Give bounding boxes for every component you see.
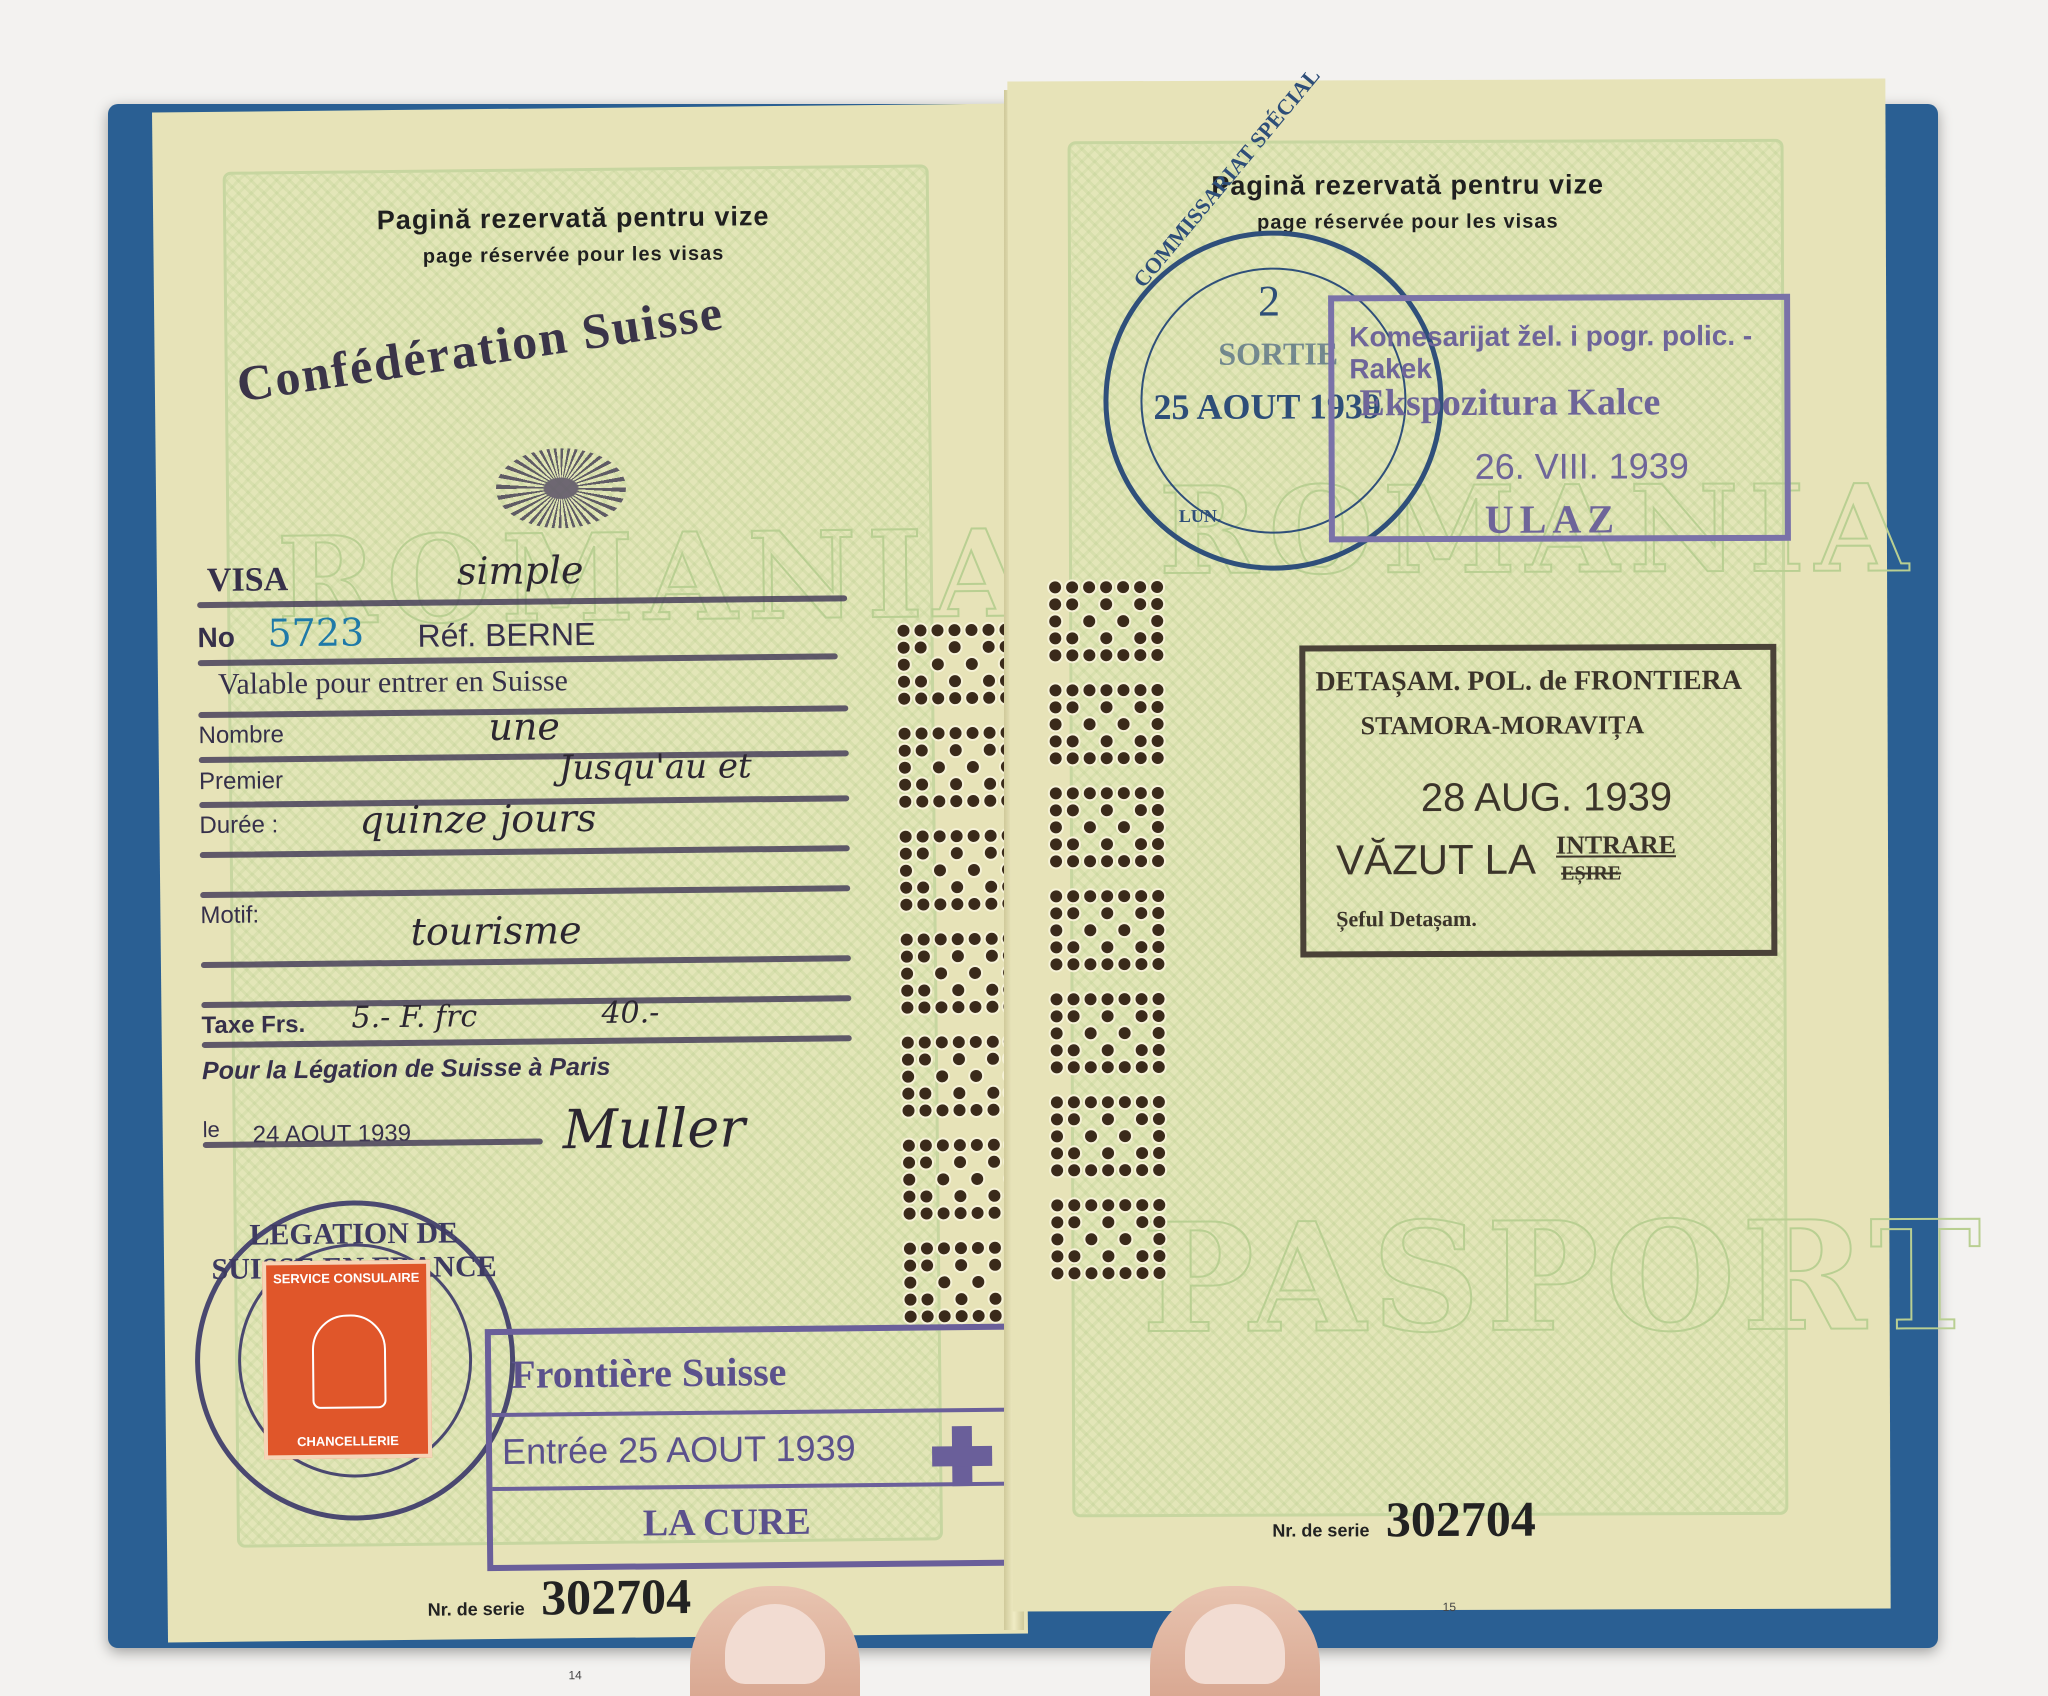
perforation-hole bbox=[1119, 1130, 1131, 1142]
perforation-hole bbox=[917, 830, 929, 842]
perforation-hole bbox=[954, 1156, 966, 1168]
perforation-hole bbox=[915, 692, 927, 704]
perforation-hole bbox=[1051, 1216, 1063, 1228]
perforation-hole bbox=[898, 676, 910, 688]
serial-value: 302704 bbox=[541, 1568, 692, 1626]
perforation-hole bbox=[1102, 1147, 1114, 1159]
perforation-hole bbox=[921, 1242, 933, 1254]
perforation-hole bbox=[965, 624, 977, 636]
perforation-hole bbox=[935, 967, 947, 979]
perforation-hole bbox=[937, 1139, 949, 1151]
perforation-hole bbox=[1102, 1010, 1114, 1022]
perforation-hole bbox=[988, 1190, 1000, 1202]
perforation-hole bbox=[916, 744, 928, 756]
perforation-hole bbox=[1101, 838, 1113, 850]
perforation-hole bbox=[1067, 907, 1079, 919]
perforation-hole bbox=[1102, 1044, 1114, 1056]
perforation-hole bbox=[1152, 941, 1164, 953]
perforation-hole bbox=[955, 1259, 967, 1271]
perforation-hole bbox=[984, 744, 996, 756]
visa-type: simple bbox=[457, 548, 584, 593]
perforation-hole bbox=[983, 727, 995, 739]
perforation-hole bbox=[1102, 1096, 1114, 1108]
perforation-hole bbox=[1102, 1216, 1114, 1228]
perforation-hole bbox=[1083, 649, 1095, 661]
perforation-hole bbox=[1136, 1164, 1148, 1176]
perforation-hole bbox=[951, 830, 963, 842]
perforation-hole bbox=[1067, 735, 1079, 747]
perforation-hole bbox=[1051, 1061, 1063, 1073]
date-prefix: le bbox=[203, 1117, 220, 1143]
perforation-hole bbox=[982, 624, 994, 636]
perforation-hole bbox=[989, 1242, 1001, 1254]
perforation-hole bbox=[916, 795, 928, 807]
perforation-hole bbox=[1151, 598, 1163, 610]
perforation-hole bbox=[1084, 787, 1096, 799]
perforation-hole bbox=[938, 1207, 950, 1219]
perforation-hole bbox=[1119, 993, 1131, 1005]
perforation-hole bbox=[1134, 684, 1146, 696]
visa-label: VISA bbox=[207, 561, 289, 600]
field-label-premier: Premier bbox=[199, 767, 283, 796]
perforation-hole bbox=[1067, 941, 1079, 953]
right-visa-page: ROMANIA PASPORT Pagină rezervată pentru … bbox=[1007, 78, 1890, 1611]
stamora-moravita-stamp: DETAȘAM. POL. de FRONTIERA STAMORA-MORAV… bbox=[1299, 644, 1777, 958]
perforation-hole bbox=[1051, 1130, 1063, 1142]
perforation-hole bbox=[1085, 1267, 1097, 1279]
perforation-hole bbox=[899, 796, 911, 808]
header-romanian: Pagină rezervată pentru vize bbox=[213, 199, 933, 238]
valid-line: Valable pour entrer en Suisse bbox=[218, 664, 568, 702]
stamora-line2: STAMORA-MORAVIȚA bbox=[1361, 710, 1645, 741]
tax-amount: 40.- bbox=[601, 995, 659, 1031]
perforation-hole bbox=[1135, 804, 1147, 816]
perforation-hole bbox=[1051, 1250, 1063, 1262]
perforation-hole bbox=[917, 898, 929, 910]
perforation-hole bbox=[1049, 684, 1061, 696]
page-header: Pagină rezervată pentru vize page réserv… bbox=[1048, 169, 1768, 236]
perforation-hole bbox=[983, 641, 995, 653]
serial-label: Nr. de serie bbox=[428, 1599, 525, 1620]
perforation-hole bbox=[949, 675, 961, 687]
perforation-hole bbox=[1100, 684, 1112, 696]
perforation-hole bbox=[936, 1070, 948, 1082]
perforation-hole bbox=[1151, 615, 1163, 627]
perforation-hole bbox=[1101, 735, 1113, 747]
perforation-hole bbox=[1118, 890, 1130, 902]
ref-berne: Réf. BERNE bbox=[417, 616, 595, 655]
perforation-hole bbox=[1068, 1061, 1080, 1073]
perforation-hole bbox=[973, 1310, 985, 1322]
perforation-hole bbox=[1049, 598, 1061, 610]
perforation-hole bbox=[985, 847, 997, 859]
perforation-hole bbox=[916, 778, 928, 790]
perforation-hole bbox=[1117, 684, 1129, 696]
perforation-hole bbox=[1135, 752, 1147, 764]
perforation-hole bbox=[904, 1208, 916, 1220]
perforation-hole bbox=[934, 864, 946, 876]
swiss-emblem-icon bbox=[312, 1314, 387, 1409]
serial-label: Nr. de serie bbox=[1272, 1520, 1369, 1540]
thumbnail bbox=[1185, 1604, 1285, 1684]
perforation-hole bbox=[1067, 958, 1079, 970]
perforation-hole bbox=[986, 933, 998, 945]
perforation-hole bbox=[1102, 1267, 1114, 1279]
perforation-hole bbox=[1119, 1027, 1131, 1039]
header-french: page réservée pour les visas bbox=[1048, 210, 1768, 236]
tax-value: 5.- F. frc bbox=[351, 999, 477, 1035]
perforation-hole bbox=[1085, 1096, 1097, 1108]
perforation-hole bbox=[1152, 958, 1164, 970]
perforation-hole bbox=[1051, 1044, 1063, 1056]
perforation-hole bbox=[972, 1207, 984, 1219]
thumbnail bbox=[725, 1604, 825, 1684]
perforation-hole bbox=[1153, 1267, 1165, 1279]
perforation-hole bbox=[935, 1001, 947, 1013]
page-number-left: 14 bbox=[568, 1668, 582, 1682]
perforation-hole bbox=[1066, 632, 1078, 644]
commissariat-status: SORTIE bbox=[1218, 335, 1338, 372]
perforation-hole bbox=[904, 1277, 916, 1289]
perforation-hole bbox=[1049, 581, 1061, 593]
field-label-nombre: Nombre bbox=[198, 721, 284, 750]
perforation-hole bbox=[1068, 1164, 1080, 1176]
perforation-hole bbox=[903, 1191, 915, 1203]
perforation-hole bbox=[1151, 701, 1163, 713]
perforation-hole bbox=[1101, 941, 1113, 953]
perforation-hole bbox=[1083, 615, 1095, 627]
kalce-status: ULAZ bbox=[1485, 495, 1620, 542]
perforation-hole bbox=[900, 882, 912, 894]
perforation-hole bbox=[1136, 993, 1148, 1005]
perforation-hole bbox=[1100, 598, 1112, 610]
perforation-hole bbox=[900, 831, 912, 843]
perforation-hole bbox=[915, 675, 927, 687]
perforation-hole bbox=[900, 899, 912, 911]
perforation-hole bbox=[1100, 649, 1112, 661]
perforation-hole bbox=[1136, 1199, 1148, 1211]
perforation-hole bbox=[1134, 598, 1146, 610]
stamora-chief: Șeful Detașam. bbox=[1336, 906, 1477, 932]
perforation-hole bbox=[970, 1070, 982, 1082]
perforation-hole bbox=[1152, 821, 1164, 833]
perforation-hole bbox=[935, 933, 947, 945]
perforation-hole bbox=[920, 1156, 932, 1168]
perforation-hole bbox=[950, 795, 962, 807]
perforation-hole bbox=[1085, 1199, 1097, 1211]
perforation-hole bbox=[1119, 1164, 1131, 1176]
perforation-hole bbox=[1135, 735, 1147, 747]
perforation-hole bbox=[954, 1139, 966, 1151]
perforation-hole bbox=[1118, 752, 1130, 764]
perforation-hole bbox=[1152, 735, 1164, 747]
field-value-motif: tourisme bbox=[410, 908, 581, 954]
perforation-hole bbox=[933, 795, 945, 807]
perforation-hole bbox=[985, 881, 997, 893]
perforation-hole bbox=[987, 1104, 999, 1116]
perforation-hole bbox=[1067, 752, 1079, 764]
field-value-premier: Jusqu'au et bbox=[559, 746, 752, 788]
perforation-hole bbox=[1085, 993, 1097, 1005]
perforation-hole bbox=[1119, 1233, 1131, 1245]
stamora-line1: DETAȘAM. POL. de FRONTIERA bbox=[1315, 665, 1742, 698]
perforation-hole bbox=[1151, 649, 1163, 661]
perforation-hole bbox=[1049, 649, 1061, 661]
perforation-hole bbox=[1068, 1113, 1080, 1125]
perforation-hole bbox=[905, 1311, 917, 1323]
perforation-hole bbox=[1066, 701, 1078, 713]
commissariat-bottom-text: LUN. bbox=[1179, 506, 1222, 527]
perforation-hole bbox=[1049, 615, 1061, 627]
perforation-hole bbox=[1050, 838, 1062, 850]
perforation-hole bbox=[952, 984, 964, 996]
perforation-hole bbox=[1134, 701, 1146, 713]
perforation-hole bbox=[1152, 890, 1164, 902]
perforation-hole bbox=[932, 658, 944, 670]
perforation-hole bbox=[1084, 752, 1096, 764]
perforation-hole bbox=[918, 950, 930, 962]
perforation-hole bbox=[904, 1294, 916, 1306]
perforation-hole bbox=[1151, 632, 1163, 644]
header-romanian: Pagină rezervată pentru vize bbox=[1048, 169, 1768, 203]
perforation-hole bbox=[914, 624, 926, 636]
perforation-hole bbox=[901, 1002, 913, 1014]
perforation-hole bbox=[931, 624, 943, 636]
perforation-hole bbox=[938, 1242, 950, 1254]
perforation-hole bbox=[1135, 890, 1147, 902]
perforation-hole bbox=[968, 830, 980, 842]
perforation-hole bbox=[1136, 1010, 1148, 1022]
perforation-hole bbox=[900, 865, 912, 877]
perforation-hole bbox=[921, 1293, 933, 1305]
perforation-hole bbox=[1050, 958, 1062, 970]
perforation-hole bbox=[1134, 581, 1146, 593]
perforation-hole bbox=[900, 848, 912, 860]
perforation-hole bbox=[948, 624, 960, 636]
perforation-hole bbox=[987, 1053, 999, 1065]
perforation-hole bbox=[921, 1259, 933, 1271]
perforation-hole bbox=[987, 1036, 999, 1048]
no-label: No bbox=[197, 622, 235, 654]
perforation-hole bbox=[966, 658, 978, 670]
perforation-hole bbox=[902, 1054, 914, 1066]
perforation-hole bbox=[1136, 1061, 1148, 1073]
perforation-hole bbox=[1152, 924, 1164, 936]
perforation-hole bbox=[1067, 804, 1079, 816]
perforation-hole bbox=[1068, 1267, 1080, 1279]
perforation-hole bbox=[917, 881, 929, 893]
stamora-date: 28 AUG. 1939 bbox=[1421, 775, 1672, 821]
perforation-hole bbox=[1049, 632, 1061, 644]
perforation-hole bbox=[1068, 1096, 1080, 1108]
perforation-hole bbox=[933, 761, 945, 773]
perforation-hole bbox=[918, 933, 930, 945]
perforation-hole bbox=[901, 951, 913, 963]
commissariat-number: 2 bbox=[1258, 276, 1280, 327]
perforation-hole bbox=[1101, 855, 1113, 867]
perforation-hole bbox=[1136, 1216, 1148, 1228]
stamora-entry: INTRARE bbox=[1556, 830, 1676, 860]
perforation-hole bbox=[970, 1036, 982, 1048]
perforation-hole bbox=[897, 625, 909, 637]
perforation-hole bbox=[1050, 752, 1062, 764]
perforation-hole bbox=[1152, 804, 1164, 816]
perforation-hole bbox=[987, 1087, 999, 1099]
perforation-hole bbox=[952, 1001, 964, 1013]
perforation-hole bbox=[949, 641, 961, 653]
perforation-hole bbox=[1084, 718, 1096, 730]
perforation-hole bbox=[1068, 1147, 1080, 1159]
border-stamp-title: Frontière Suisse bbox=[511, 1348, 787, 1398]
perforation-hole bbox=[985, 898, 997, 910]
perforation-hole bbox=[1084, 924, 1096, 936]
perforation-hole bbox=[986, 984, 998, 996]
perforation-hole bbox=[1083, 684, 1095, 696]
kalce-line2: Ekspozitura Kalce bbox=[1359, 380, 1660, 425]
perforation-hole bbox=[989, 1293, 1001, 1305]
field-label-motif: Motif: bbox=[200, 901, 259, 930]
perforation-hole bbox=[956, 1310, 968, 1322]
perforation-hole bbox=[1051, 1113, 1063, 1125]
perforation-hole bbox=[1153, 1233, 1165, 1245]
perforation-hole bbox=[1050, 787, 1062, 799]
perforation-hole bbox=[919, 1087, 931, 1099]
perforation-hole bbox=[990, 1310, 1002, 1322]
stamp-rule bbox=[492, 1482, 1012, 1491]
perforation-hole bbox=[1067, 787, 1079, 799]
perforation-hole bbox=[966, 727, 978, 739]
perforation-hole bbox=[1153, 1199, 1165, 1211]
serial-value: 302704 bbox=[1386, 1491, 1536, 1548]
kalce-entry-stamp: Komesarijat žel. i pogr. polic. - Rakek … bbox=[1328, 294, 1791, 543]
consular-fee-stamp: SERVICE CONSULAIRE CHANCELLERIE bbox=[262, 1260, 432, 1460]
perforation-hole bbox=[1118, 821, 1130, 833]
perforation-hole bbox=[967, 761, 979, 773]
perforation-hole bbox=[1117, 615, 1129, 627]
perforation-hole bbox=[1119, 1061, 1131, 1073]
perforation-hole bbox=[1051, 1147, 1063, 1159]
perforation-hole bbox=[986, 950, 998, 962]
perforation-hole bbox=[969, 1001, 981, 1013]
perforation-hole bbox=[898, 693, 910, 705]
perforation-hole bbox=[1051, 1233, 1063, 1245]
perforation-hole bbox=[1118, 787, 1130, 799]
perforation-hole bbox=[1135, 907, 1147, 919]
perforation-hole bbox=[1050, 855, 1062, 867]
perforation-hole bbox=[1151, 684, 1163, 696]
perforation-hole bbox=[1050, 941, 1062, 953]
perforation-hole bbox=[1117, 581, 1129, 593]
perforation-hole bbox=[936, 1104, 948, 1116]
perforation-hole bbox=[1066, 649, 1078, 661]
left-visa-page: ROMANIA Pagină rezervată pentru vize pag… bbox=[152, 104, 1028, 1643]
perforation-hole bbox=[952, 933, 964, 945]
perforation-hole bbox=[1083, 581, 1095, 593]
perforation-hole bbox=[1152, 838, 1164, 850]
perforation-hole bbox=[1119, 1199, 1131, 1211]
perforation-hole bbox=[989, 1259, 1001, 1271]
serial-number-right: Nr. de serie 302704 bbox=[1272, 1490, 1536, 1549]
perforation-hole bbox=[1066, 598, 1078, 610]
perforation-hole bbox=[1067, 855, 1079, 867]
perforation-hole bbox=[950, 778, 962, 790]
perforation-hole bbox=[1153, 1250, 1165, 1262]
perforation-hole bbox=[969, 967, 981, 979]
perforation-hole bbox=[919, 1053, 931, 1065]
perforation-hole bbox=[1136, 1113, 1148, 1125]
perforation-hole bbox=[967, 795, 979, 807]
perforation-hole bbox=[917, 847, 929, 859]
perforation-hole bbox=[1050, 924, 1062, 936]
perforation-hole bbox=[1066, 581, 1078, 593]
perforation-hole bbox=[1119, 1267, 1131, 1279]
perforation-hole bbox=[984, 795, 996, 807]
fee-stamp-bottom: CHANCELLERIE bbox=[268, 1433, 428, 1450]
perforation-hole bbox=[934, 898, 946, 910]
perforation-hole bbox=[1050, 804, 1062, 816]
perforation-hole bbox=[1101, 804, 1113, 816]
tax-label: Taxe Frs. bbox=[201, 1011, 305, 1040]
perforation-hole bbox=[972, 1276, 984, 1288]
perforation-hole bbox=[1135, 855, 1147, 867]
consul-signature: Muller bbox=[562, 1096, 745, 1161]
perforation-hole bbox=[1101, 907, 1113, 919]
perforation-hole bbox=[937, 1173, 949, 1185]
perforation-hole bbox=[904, 1260, 916, 1272]
perforation-hole bbox=[986, 1001, 998, 1013]
perforation-hole bbox=[899, 779, 911, 791]
perforation-hole bbox=[1068, 1044, 1080, 1056]
perforation-hole bbox=[902, 1071, 914, 1083]
perforation-hole bbox=[922, 1310, 934, 1322]
stamp-rule bbox=[492, 1408, 1012, 1417]
perforation-hole bbox=[919, 1104, 931, 1116]
perforation-hole bbox=[1136, 1267, 1148, 1279]
perforation-hole bbox=[915, 727, 927, 739]
perforation-hole bbox=[954, 1190, 966, 1202]
perforation-hole bbox=[1118, 855, 1130, 867]
perforation-hole bbox=[1135, 958, 1147, 970]
perforation-hole bbox=[1117, 649, 1129, 661]
perforation-hole bbox=[1153, 1044, 1165, 1056]
swiss-border-stamp: Frontière Suisse Entrée 25 AOUT 1939 LA … bbox=[485, 1324, 1020, 1572]
perforation-hole bbox=[1102, 1199, 1114, 1211]
perforation-hole bbox=[1051, 1267, 1063, 1279]
perforation-hole bbox=[988, 1139, 1000, 1151]
perforation-hole bbox=[971, 1139, 983, 1151]
perforation-hole bbox=[932, 727, 944, 739]
perforation-hole bbox=[1153, 1164, 1165, 1176]
perforation-hole bbox=[1118, 718, 1130, 730]
perforation-hole bbox=[938, 1276, 950, 1288]
swiss-cross-icon bbox=[932, 1426, 993, 1487]
perforation-hole bbox=[915, 641, 927, 653]
perforation-hole bbox=[1085, 1061, 1097, 1073]
perforation-hole bbox=[901, 985, 913, 997]
perforation-hole bbox=[955, 1242, 967, 1254]
perforation-hole bbox=[951, 847, 963, 859]
perforation-hole bbox=[1101, 787, 1113, 799]
perforation-hole bbox=[951, 898, 963, 910]
perforation-hole bbox=[1067, 890, 1079, 902]
perforation-hole bbox=[1102, 1250, 1114, 1262]
perforation-hole bbox=[1151, 581, 1163, 593]
perforation-hole bbox=[953, 1104, 965, 1116]
perforation-hole bbox=[919, 1036, 931, 1048]
perforation-hole bbox=[1118, 924, 1130, 936]
kalce-date: 26. VIII. 1939 bbox=[1475, 445, 1689, 488]
perforation-hole bbox=[902, 1037, 914, 1049]
